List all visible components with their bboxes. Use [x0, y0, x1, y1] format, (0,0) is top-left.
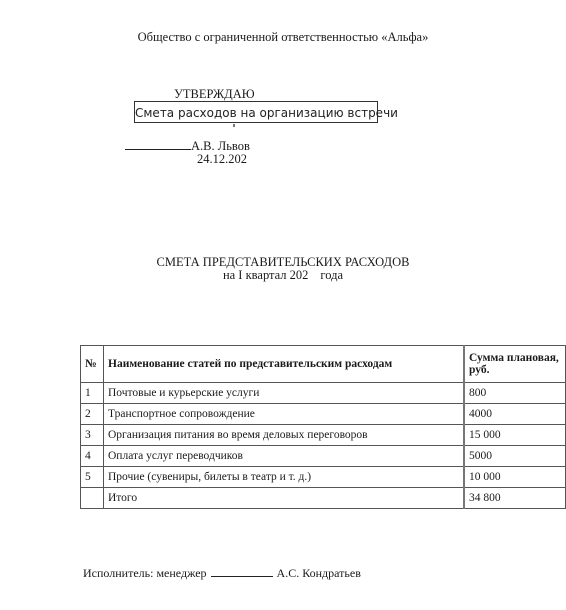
header-item: Наименование статей по представительским… [104, 346, 465, 383]
cell-num: 2 [81, 404, 104, 425]
cell-sum: 5000 [464, 446, 566, 467]
cell-num: 1 [81, 383, 104, 404]
organization-name: Общество с ограниченной ответственностью… [0, 30, 566, 45]
header-sum: Сумма плановая, руб. [464, 346, 566, 383]
cell-item: Итого [104, 488, 465, 509]
cell-item: Оплата услуг переводчиков [104, 446, 465, 467]
cell-sum: 10 000 [464, 467, 566, 488]
document-subtitle: на I квартал 202года [0, 268, 566, 283]
cell-sum: 15 000 [464, 425, 566, 446]
executor-line: Исполнитель: менеджерА.С. Кондратьев [83, 566, 361, 581]
cell-num [81, 488, 104, 509]
cell-sum: 4000 [464, 404, 566, 425]
approval-label: УТВЕРЖДАЮ [174, 87, 255, 102]
cell-item: Транспортное сопровождение [104, 404, 465, 425]
cell-item: Почтовые и курьерские услуги [104, 383, 465, 404]
cell-item: Организация питания во время деловых пер… [104, 425, 465, 446]
table-row: 4Оплата услуг переводчиков5000 [81, 446, 566, 467]
executor-name: А.С. Кондратьев [277, 566, 361, 580]
tooltip: Смета расходов на организацию встречи [134, 101, 378, 123]
cell-item: Прочие (сувениры, билеты в театр и т. д.… [104, 467, 465, 488]
table-row: 3Организация питания во время деловых пе… [81, 425, 566, 446]
header-num: № [81, 346, 104, 383]
cell-num: 5 [81, 467, 104, 488]
executor-label: Исполнитель: менеджер [83, 566, 207, 580]
table-row: 1Почтовые и курьерские услуги800 [81, 383, 566, 404]
table-row: 2Транспортное сопровождение4000 [81, 404, 566, 425]
approval-date: 24.12.202 [197, 152, 247, 167]
signer-name: А.В. Львов [191, 139, 250, 153]
signature-line [125, 139, 191, 150]
table-total-row: Итого34 800 [81, 488, 566, 509]
executor-signature-line [211, 566, 273, 577]
cell-num: 4 [81, 446, 104, 467]
table-header-row: № Наименование статей по представительск… [81, 346, 566, 383]
cell-sum: 34 800 [464, 488, 566, 509]
estimate-table: № Наименование статей по представительск… [80, 345, 566, 509]
cell-num: 3 [81, 425, 104, 446]
table-row: 5Прочие (сувениры, билеты в театр и т. д… [81, 467, 566, 488]
cell-sum: 800 [464, 383, 566, 404]
tooltip-tail [233, 124, 235, 127]
subtitle-suffix: года [320, 268, 343, 282]
subtitle-prefix: на I квартал 202 [223, 268, 308, 282]
